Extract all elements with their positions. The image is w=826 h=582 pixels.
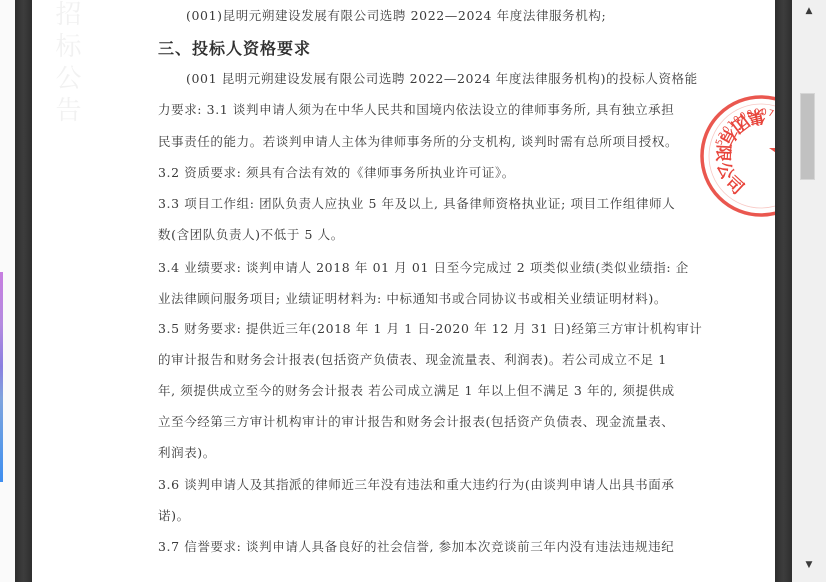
doc-line-13: 立至今经第三方审计机构审计的审计报告和财务会计报表(包括资产负债表、现金流量表、 <box>158 412 674 430</box>
doc-line-11: 的审计报告和财务会计报表(包括资产负债表、现金流量表、利润表)。若公司成立不足 … <box>158 350 667 368</box>
doc-line-4: 民事责任的能力。若谈判申请人主体为律师事务所的分支机构, 谈判时需有总所项目授权… <box>158 132 678 150</box>
doc-line-6: 3.3 项目工作组: 团队负责人应执业 5 年及以上, 具备律师资格执业证; 项… <box>158 194 675 212</box>
section-heading: 三、投标人资格要求 <box>158 36 311 59</box>
watermark: 招标公告 <box>44 0 84 300</box>
doc-line-7: 数(含团队负责人)不低于 5 人。 <box>158 225 344 243</box>
doc-line-14: 利润表)。 <box>158 443 216 461</box>
scroll-thumb[interactable] <box>800 93 815 180</box>
doc-line-15: 3.6 谈判申请人及其指派的律师近三年没有违法和重大违约行为(由谈判申请人出具书… <box>158 475 674 493</box>
scroll-up-button[interactable]: ▲ <box>792 0 826 22</box>
doc-line-12: 年, 须提供成立至今的财务会计报表 若公司成立满足 1 年以上但不满足 3 年的… <box>158 381 675 399</box>
right-frame-bar <box>775 0 792 582</box>
doc-line-9: 业法律顾问服务项目; 业绩证明材料为: 中标通知书或合同协议书或相关业绩证明材料… <box>158 289 667 307</box>
left-accent-strip <box>0 272 3 482</box>
doc-line-17: 3.7 信誉要求: 谈判申请人具备良好的社会信誉, 参加本次竞谈前三年内没有违法… <box>158 537 674 555</box>
doc-line-16: 诺)。 <box>158 506 190 524</box>
arrow-up-icon: ▲ <box>806 6 813 16</box>
doc-line-10: 3.5 财务要求: 提供近三年(2018 年 1 月 1 日-2020 年 12… <box>158 319 702 337</box>
document-viewer: 招标公告 (001)昆明元朔建设发展有限公司选聘 2022—2024 年度法律服… <box>0 0 826 582</box>
doc-line-3: 力要求: 3.1 谈判申请人须为在中华人民共和国境内依法设立的律师事务所, 具有… <box>158 100 674 118</box>
company-seal-icon: 5301000007770 集团有限公司 <box>698 93 775 219</box>
vertical-scrollbar[interactable]: ▲ ▼ <box>792 0 826 582</box>
doc-line-2: (001 昆明元朔建设发展有限公司选聘 2022—2024 年度法律服务机构)的… <box>186 69 698 87</box>
left-frame-bar <box>15 0 32 582</box>
doc-line-5: 3.2 资质要求: 须具有合法有效的《律师事务所执业许可证》。 <box>158 163 515 181</box>
scroll-down-button[interactable]: ▼ <box>792 554 826 576</box>
doc-line-8: 3.4 业绩要求: 谈判申请人 2018 年 01 月 01 日至今完成过 2 … <box>158 258 689 276</box>
doc-line-0: (001)昆明元朔建设发展有限公司选聘 2022—2024 年度法律服务机构; <box>186 6 606 24</box>
arrow-down-icon: ▼ <box>806 560 813 570</box>
document-page: 招标公告 (001)昆明元朔建设发展有限公司选聘 2022—2024 年度法律服… <box>32 0 775 582</box>
